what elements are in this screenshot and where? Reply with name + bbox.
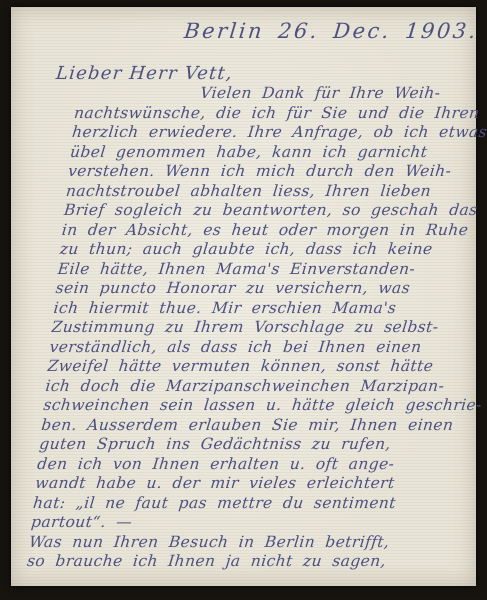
letter-line: partout“. — [30, 513, 481, 533]
letter-line: den ich von Ihnen erhalten u. oft ange- [36, 455, 487, 475]
letter-line: Brief sogleich zu beantworten, so gescha… [63, 201, 487, 221]
letter-line: ben. Ausserdem erlauben Sie mir, Ihnen e… [40, 416, 487, 436]
letter-line: Vielen Dank für Ihre Weih- [75, 84, 487, 104]
letter-line: ich doch die Marzipanschweinchen Marzipa… [44, 377, 487, 397]
letter-line: übel genommen habe, kann ich garnicht [69, 143, 487, 163]
letter-line: Zustimmung zu Ihrem Vorschlage zu selbst… [51, 318, 487, 338]
letter-line: guten Spruch ins Gedächtniss zu rufen, [38, 435, 487, 455]
photo-of-letter: Berlin 26. Dec. 1903. Lieber Herr Vett, … [0, 0, 487, 600]
letter-line: nachtswünsche, die ich für Sie und die I… [73, 104, 487, 124]
letter-line: verstehen. Wenn ich mich durch den Weih- [67, 162, 487, 182]
letter-line: herzlich erwiedere. Ihre Anfrage, ob ich… [71, 123, 487, 143]
letter-paper: Berlin 26. Dec. 1903. Lieber Herr Vett, … [11, 7, 476, 586]
letter-line: hat: „il ne faut pas mettre du sentiment [32, 494, 483, 514]
letter-line: verständlich, als dass ich bei Ihnen ein… [49, 338, 487, 358]
letter-line: zu thun; auch glaubte ich, dass ich kein… [59, 240, 487, 260]
letter-line: Zweifel hätte vermuten können, sonst hät… [46, 357, 487, 377]
letter-line: sein puncto Honorar zu versichern, was [55, 279, 487, 299]
letter-body: Vielen Dank für Ihre Weih-nachtswünsche,… [26, 84, 487, 572]
letter-salutation: Lieber Herr Vett, [55, 63, 234, 84]
letter-dateline: Berlin 26. Dec. 1903. [183, 19, 479, 43]
letter-line: in der Absicht, es heut oder morgen in R… [61, 221, 487, 241]
letter-line: wandt habe u. der mir vieles erleichtert [34, 474, 485, 494]
letter-line: ich hiermit thue. Mir erschien Mama's [53, 299, 487, 319]
letter-line: so brauche ich Ihnen ja nicht zu sagen, [26, 552, 477, 572]
letter-line: Eile hätte, Ihnen Mama's Einverstanden- [57, 260, 487, 280]
letter-line: nachtstroubel abhalten liess, Ihren lieb… [65, 182, 487, 202]
letter-line: Was nun Ihren Besuch in Berlin betrifft, [28, 533, 479, 553]
letter-line: schweinchen sein lassen u. hätte gleich … [42, 396, 487, 416]
